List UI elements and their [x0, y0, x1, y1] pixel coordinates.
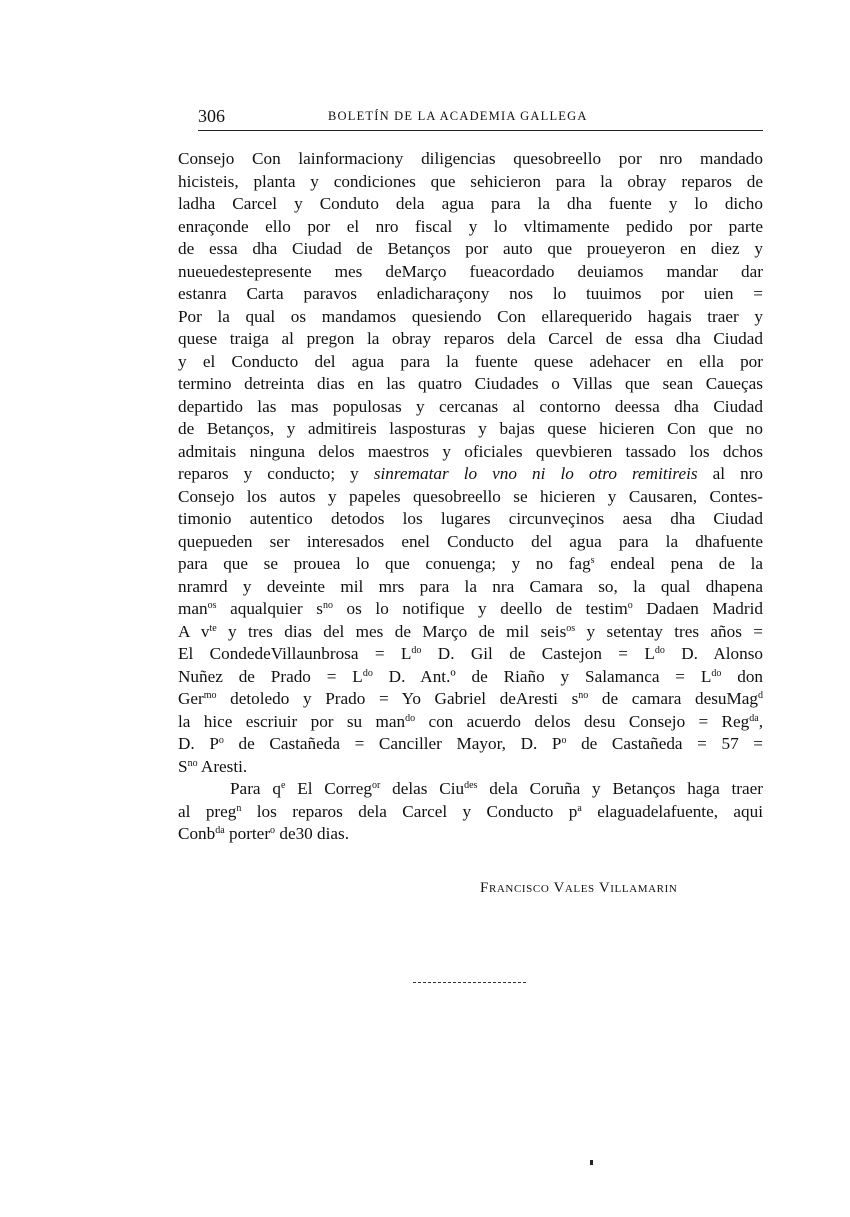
text-line: ladha Carcel y Conduto dela agua para la… — [178, 193, 763, 216]
text-run: , — [759, 712, 763, 731]
running-title: BOLETÍN DE LA ACADEMIA GALLEGA — [328, 109, 588, 124]
end-rule — [413, 982, 526, 983]
text-run: El Correg — [285, 779, 372, 798]
text-line: quese traiga al pregon la obray reparos … — [178, 328, 763, 351]
text-run: dela Coruña y Betanços haga traer — [477, 779, 763, 798]
text-run: delas Ciu — [380, 779, 464, 798]
text-line: estanra Carta paravos enladicharaçony no… — [178, 283, 763, 306]
superscript: os — [566, 623, 575, 634]
text-line: admitais ninguna delos maestros y oficia… — [178, 441, 763, 464]
text-run: D. Alonso — [665, 644, 763, 663]
text-run: D. Gil de Castejon = L — [421, 644, 654, 663]
text-line: hicisteis, planta y condiciones que sehi… — [178, 171, 763, 194]
text-run: S — [178, 757, 188, 776]
superscript: d — [758, 690, 763, 701]
superscript: os — [208, 600, 217, 611]
text-line: nramrd y deveinte mil mrs para la nra Ca… — [178, 576, 763, 599]
text-line: Sno Aresti. — [178, 756, 763, 779]
text-line: quepueden ser interesados enel Conducto … — [178, 531, 763, 554]
text-line: para que se prouea lo que conuenga; y no… — [178, 553, 763, 576]
superscript: da — [749, 713, 758, 724]
text-run: de30 dias. — [275, 824, 349, 843]
text-run: El CondedeVillaunbrosa = L — [178, 644, 411, 663]
text-run: os lo notifique y deello de testim — [333, 599, 628, 618]
text-line: Por la qual os mandamos quesiendo Con el… — [178, 306, 763, 329]
text-line: departido las mas populosas y cercanas a… — [178, 396, 763, 419]
superscript: do — [411, 645, 421, 656]
text-run: Aresti. — [198, 757, 248, 776]
text-run: detoledo y Prado = Yo Gabriel deAresti s — [217, 689, 579, 708]
text-run: al preg — [178, 802, 236, 821]
text-run: Conb — [178, 824, 215, 843]
text-line: al pregn los reparos dela Carcel y Condu… — [178, 801, 763, 824]
superscript: do — [363, 668, 373, 679]
text-run: aqualquier s — [217, 599, 323, 618]
text-line: timonio autentico detodos los lugares ci… — [178, 508, 763, 531]
author-signature: Francisco Vales Villamarin — [480, 880, 677, 897]
text-run: Ger — [178, 689, 204, 708]
text-run: y setentay tres años = — [575, 622, 763, 641]
header-rule — [198, 130, 763, 131]
text-run: para que se prouea lo que conuenga; y no… — [178, 554, 591, 573]
text-line: Consejo Con lainformaciony diligencias q… — [178, 148, 763, 171]
text-run: de Castañeda = 57 = — [566, 734, 763, 753]
text-line: Nuñez de Prado = Ldo D. Ant.º de Riaño y… — [178, 666, 763, 689]
text-run: de Castañeda = Canciller Mayor, D. P — [224, 734, 562, 753]
scan-speck — [590, 1160, 593, 1165]
text-run: D. P — [178, 734, 219, 753]
text-line: Consejo los autos y papeles quesobreello… — [178, 486, 763, 509]
text-run: Para q — [230, 779, 281, 798]
text-run: man — [178, 599, 208, 618]
text-run: de camara desuMag — [588, 689, 758, 708]
text-line: y el Conducto del agua para la fuente qu… — [178, 351, 763, 374]
text-run: don — [721, 667, 763, 686]
text-line: nueuedestepresente mes deMarço fueacorda… — [178, 261, 763, 284]
superscript: mo — [204, 690, 217, 701]
text-line: de essa dha Ciudad de Betanços por auto … — [178, 238, 763, 261]
text-run: con acuerdo delos desu Consejo = Reg — [415, 712, 749, 731]
text-run: Dadaen Madrid — [633, 599, 763, 618]
text-line: reparos y conducto; y sinrematar lo vno … — [178, 463, 763, 486]
text-run: la hice escriuir por su man — [178, 712, 405, 731]
superscript: do — [711, 668, 721, 679]
italic-text-run: sinrematar lo vno ni lo otro remitireis — [374, 464, 698, 483]
text-line: de Betanços, y admitireis lasposturas y … — [178, 418, 763, 441]
text-line: Para qe El Corregor delas Ciudes dela Co… — [178, 778, 763, 801]
running-header: 306 BOLETÍN DE LA ACADEMIA GALLEGA — [198, 106, 763, 126]
text-run: Nuñez de Prado = L — [178, 667, 363, 686]
superscript: no — [188, 758, 198, 769]
text-line: manos aqualquier sno os lo notifique y d… — [178, 598, 763, 621]
text-line: Conbda portero de30 dias. — [178, 823, 763, 846]
text-run: los reparos dela Carcel y Conducto p — [241, 802, 577, 821]
text-line: D. Po de Castañeda = Canciller Mayor, D.… — [178, 733, 763, 756]
text-run: endeal pena de la — [595, 554, 763, 573]
superscript: no — [323, 600, 333, 611]
text-line: enraçonde ello por el nro fiscal y lo vl… — [178, 216, 763, 239]
document-body: Consejo Con lainformaciony diligencias q… — [178, 148, 763, 846]
text-run: A v — [178, 622, 209, 641]
text-line: El CondedeVillaunbrosa = Ldo D. Gil de C… — [178, 643, 763, 666]
superscript: do — [405, 713, 415, 724]
superscript: te — [209, 623, 216, 634]
superscript: no — [578, 690, 588, 701]
text-line: termino detreinta dias en las quatro Ciu… — [178, 373, 763, 396]
page-number: 306 — [198, 106, 225, 127]
text-run: y tres dias del mes de Março de mil seis — [217, 622, 567, 641]
superscript: da — [215, 825, 224, 836]
text-run: porter — [225, 824, 270, 843]
text-line: la hice escriuir por su mando con acuerd… — [178, 711, 763, 734]
superscript: des — [464, 780, 477, 791]
text-run: reparos y conducto; y — [178, 464, 374, 483]
text-line: Germo detoledo y Prado = Yo Gabriel deAr… — [178, 688, 763, 711]
text-run: D. Ant.º de Riaño y Salamanca = L — [373, 667, 712, 686]
text-run: al nro — [698, 464, 763, 483]
superscript: do — [655, 645, 665, 656]
text-line: A vte y tres dias del mes de Março de mi… — [178, 621, 763, 644]
text-run: elaguadelafuente, aqui — [582, 802, 763, 821]
